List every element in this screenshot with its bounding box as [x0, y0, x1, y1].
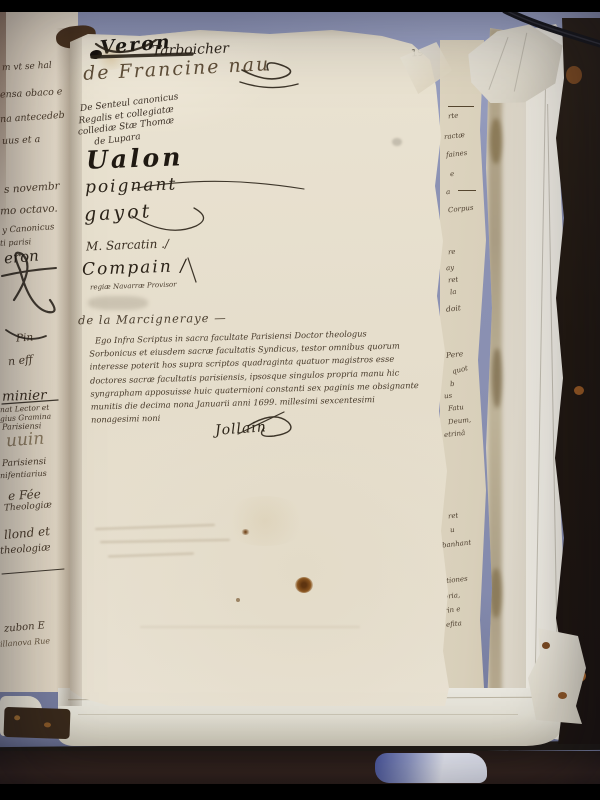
edge-fragment: ret	[448, 275, 459, 284]
edge-fragment: banhant	[442, 538, 472, 549]
debris-speck	[14, 715, 20, 720]
edge-rule	[458, 190, 476, 191]
stain	[490, 568, 502, 618]
edge-fragment: re	[448, 248, 456, 257]
edge-fragment: doit	[446, 303, 462, 313]
floor	[0, 751, 600, 787]
ink-flourishes	[70, 26, 455, 706]
rust-spot	[574, 386, 584, 395]
edge-rule	[448, 106, 474, 107]
edge-fragment: e	[450, 170, 455, 178]
edge-fragment: quot	[451, 364, 468, 376]
page-block-seam	[78, 714, 518, 715]
edge-fragment: faines	[446, 149, 468, 159]
edge-fragment: us	[444, 392, 453, 401]
edge-fragment: efita	[446, 619, 463, 629]
bottom-left-binding	[3, 707, 70, 739]
rust-spot	[542, 642, 550, 649]
edge-fragment: la	[450, 288, 457, 297]
edge-fragment: b	[450, 380, 455, 388]
verso-page-sliver: m vt se hal ensa obaco e na antecedeb uu…	[0, 0, 78, 692]
edge-fragment: Deum,	[448, 416, 472, 426]
verso-ink-flourishes	[0, 0, 78, 692]
edge-fragment: ractæ	[444, 131, 466, 141]
photo-of-manuscript: m vt se hal ensa obaco e na antecedeb uu…	[0, 0, 600, 800]
edge-fragment: ret	[448, 511, 459, 520]
letterbox-bar-bottom	[0, 784, 600, 800]
edge-fragment: Pere	[446, 349, 464, 360]
paper-crease	[514, 33, 527, 92]
edge-fragment: a	[446, 188, 451, 196]
rust-spot	[566, 66, 582, 84]
recto-page: Veron Tarboicher de Francine nau De Sent…	[70, 26, 455, 706]
edge-fragment: rte	[448, 111, 459, 120]
blue-white-object	[375, 753, 487, 783]
stain	[492, 348, 502, 408]
edge-fragment: etrinâ	[444, 429, 466, 439]
edge-fragment: ay	[446, 264, 455, 273]
paper-crease	[547, 104, 558, 664]
edge-fragment: Fatu	[448, 403, 465, 413]
rust-spot	[558, 692, 567, 699]
paper-crease	[534, 54, 546, 694]
paper-crease	[488, 37, 508, 90]
edge-fragment: Corpus	[448, 204, 474, 215]
letterbox-bar-top	[0, 0, 600, 12]
stain	[490, 118, 502, 164]
edge-fragment: u	[450, 526, 455, 534]
verso-edge-shade	[0, 0, 6, 230]
debris-speck	[44, 722, 51, 727]
